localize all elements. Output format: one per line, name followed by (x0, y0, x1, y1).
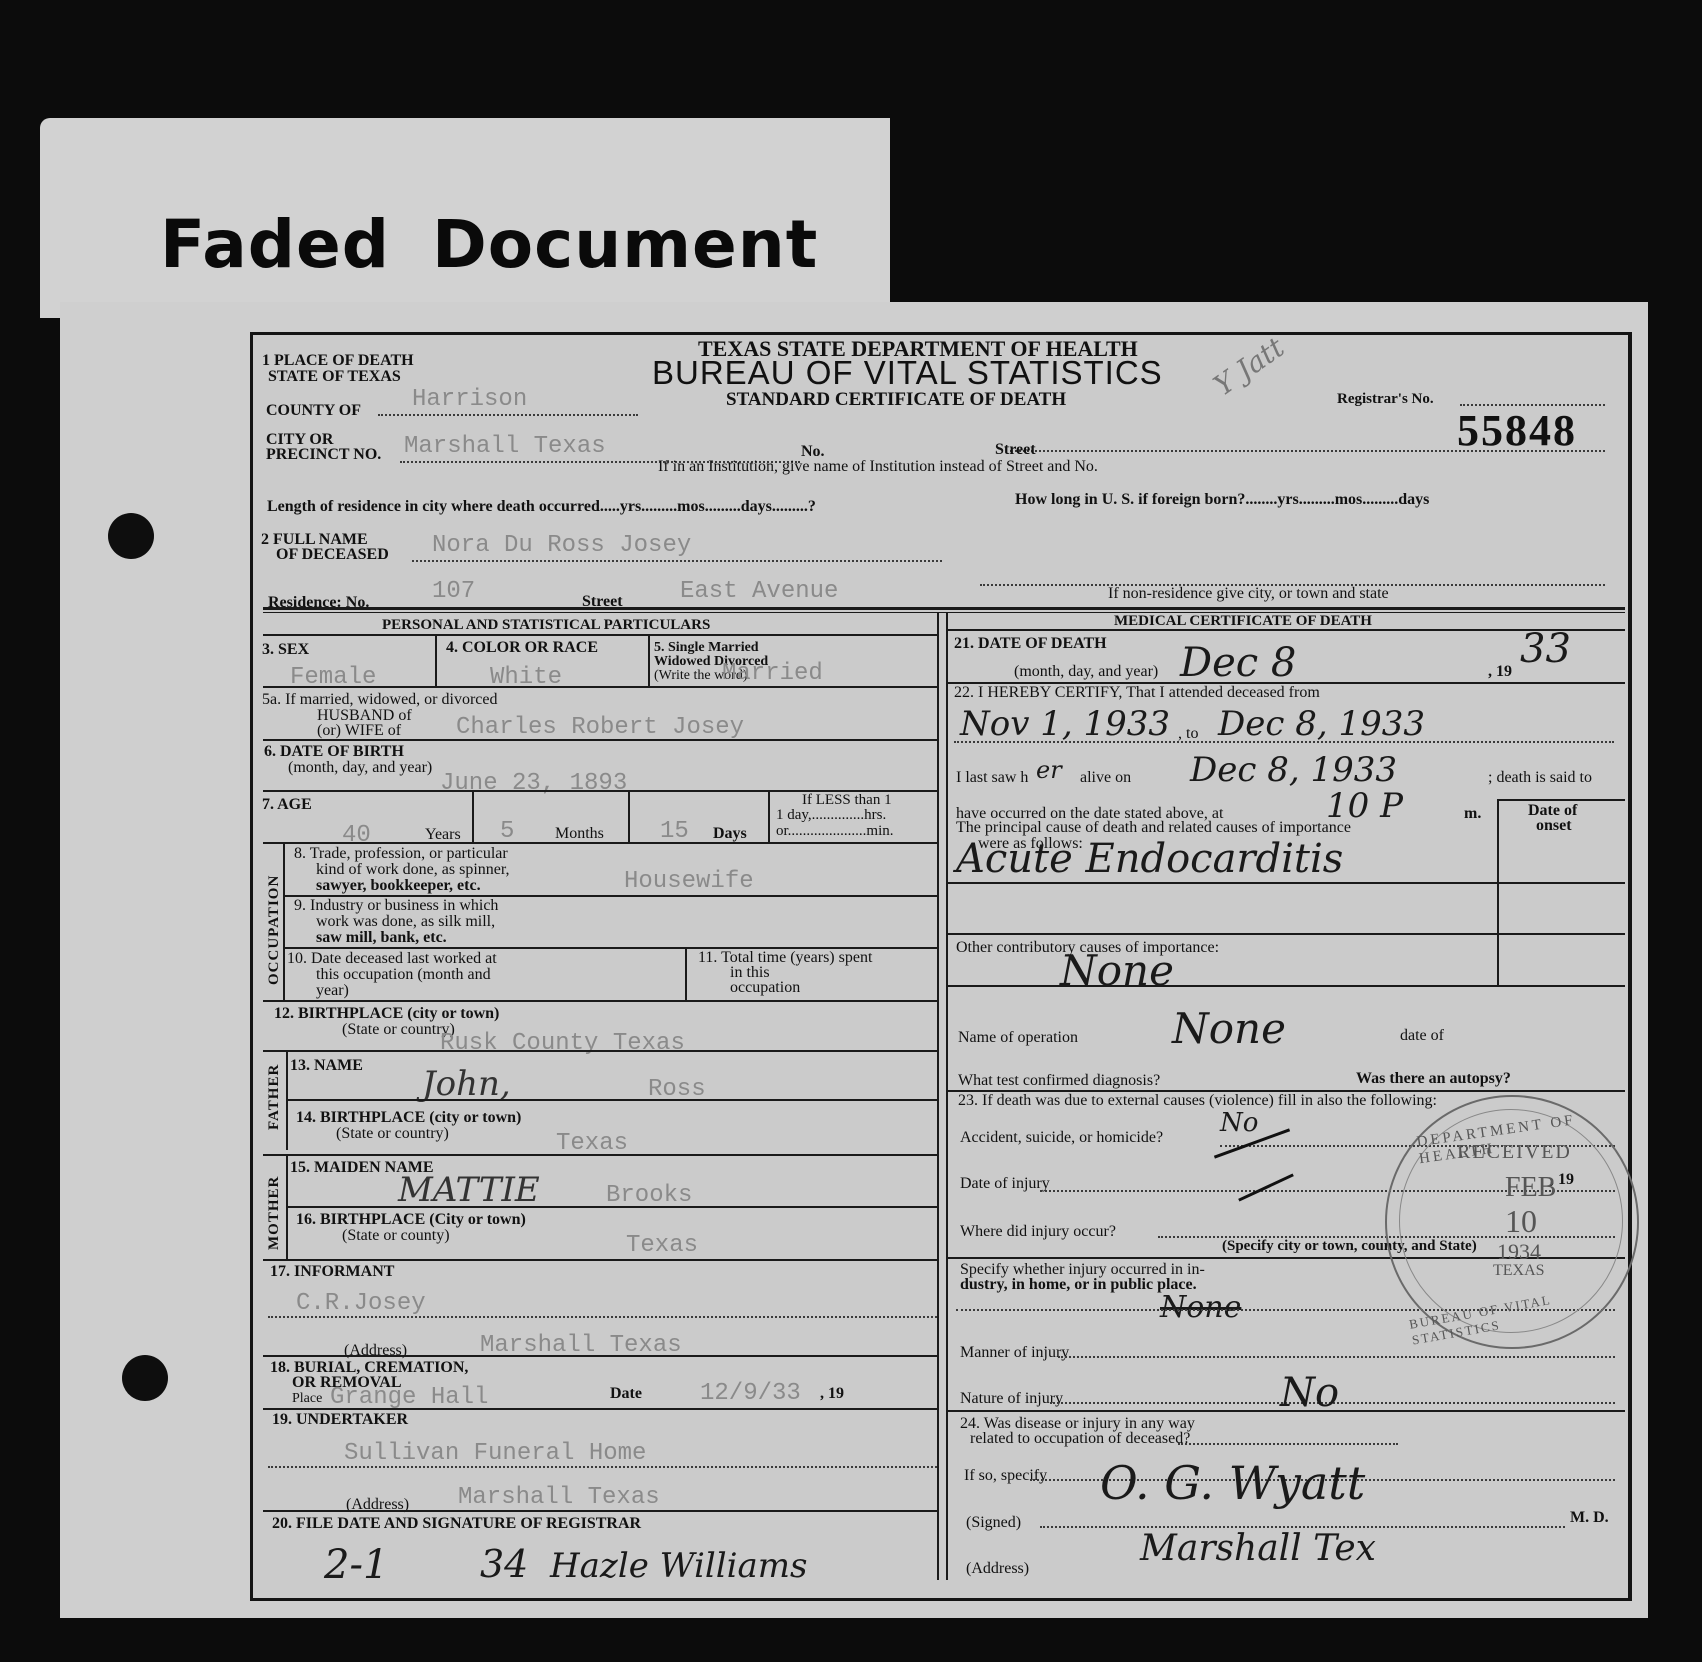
occupation-related-label-2: related to occupation of deceased? (970, 1431, 1190, 1447)
burial-place: Grange Hall (330, 1384, 488, 1411)
mother-vertical-label: MOTHER (266, 1176, 283, 1250)
stamp-day: 10 (1505, 1203, 1537, 1240)
physician-signature: O. G. Wyatt (1100, 1456, 1365, 1510)
city-value: Marshall Texas (404, 433, 606, 460)
full-name-label-2: OF DECEASED (276, 547, 389, 563)
years-label: Years (425, 827, 461, 843)
mother-birthplace-label-1: 16. BIRTHPLACE (City or town) (296, 1212, 526, 1228)
sex-label: 3. SEX (262, 642, 309, 658)
nonresidence-note: If non-residence give city, or town and … (1108, 586, 1389, 602)
last-worked-label-1: 10. Date deceased last worked at (287, 951, 497, 967)
trade-label-1: 8. Trade, profession, or particular (294, 846, 508, 862)
tag-title: Faded Document (160, 206, 818, 283)
certify-label: 22. I HEREBY CERTIFY, That I attended de… (954, 685, 1320, 701)
dod-sublabel: (month, day, and year) (1014, 664, 1158, 680)
stamp-state: TEXAS (1493, 1262, 1545, 1280)
injury-date-label: Date of injury (960, 1176, 1050, 1192)
operation-date-label: date of (1400, 1028, 1444, 1044)
age-days: 15 (660, 818, 689, 845)
alive-on-label: alive on (1080, 770, 1131, 786)
burial-year-prefix: , 19 (820, 1386, 844, 1402)
occupation-vertical-label: OCCUPATION (266, 875, 283, 985)
residence-street: East Avenue (680, 578, 838, 605)
father-birthplace: Texas (556, 1130, 628, 1157)
state-label: STATE OF TEXAS (268, 369, 401, 385)
foreign-born-label: How long in U. S. if foreign born?......… (1015, 492, 1429, 508)
physician-address: Marshall Tex (1140, 1528, 1376, 1569)
accident-label: Accident, suicide, or homicide? (960, 1130, 1163, 1146)
age-months: 5 (500, 818, 514, 845)
father-birthplace-label-1: 14. BIRTHPLACE (city or town) (296, 1110, 521, 1126)
industry-label-3: saw mill, bank, etc. (316, 930, 447, 946)
marital-status: Married (722, 660, 823, 687)
burial-place-label: Place (292, 1391, 322, 1407)
external-causes-label: 23. If death was due to external causes … (958, 1093, 1437, 1109)
institution-note: If in an Institution, give name of Insti… (658, 459, 1098, 475)
md-label: M. D. (1570, 1510, 1609, 1526)
punch-hole-icon (108, 513, 154, 559)
birthplace-value: Rusk County Texas (440, 1030, 685, 1057)
place-of-death-label: 1 PLACE OF DEATH (262, 353, 414, 369)
trade-value: Housewife (624, 868, 754, 895)
m-label: m. (1464, 806, 1481, 822)
county-label: COUNTY OF (266, 403, 361, 419)
file-year: 34 (480, 1542, 528, 1586)
registrar-number: 55848 (1457, 405, 1577, 456)
dob-value: June 23, 1893 (440, 770, 627, 797)
industry-label-2: work was done, as silk mill, (316, 914, 495, 930)
father-first-name: John, (422, 1064, 511, 1104)
total-time-label-3: occupation (730, 980, 800, 996)
less-than-label-2: 1 day,..............hrs. (776, 807, 886, 823)
trade-label-3: sawyer, bookkeeper, etc. (316, 878, 481, 894)
if-so-label: If so, specify (964, 1468, 1047, 1484)
attended-to-label: , to (1178, 726, 1198, 742)
residence-number: 107 (432, 578, 475, 605)
last-saw-pronoun: er (1036, 756, 1062, 784)
less-than-label-1: If LESS than 1 (802, 792, 892, 808)
specify-value: None (1160, 1290, 1241, 1325)
principal-cause-label: The principal cause of death and related… (956, 820, 1351, 836)
onset-label-2: onset (1536, 818, 1572, 834)
death-said-label: ; death is said to (1488, 770, 1592, 786)
signed-label: (Signed) (966, 1515, 1021, 1531)
autopsy-label: Was there an autopsy? (1356, 1071, 1511, 1087)
certificate-title: STANDARD CERTIFICATE OF DEATH (726, 389, 1066, 411)
medical-section-title: MEDICAL CERTIFICATE OF DEATH (1114, 613, 1372, 629)
dod-label: 21. DATE OF DEATH (954, 636, 1107, 652)
cause-of-death: Acute Endocarditis (956, 836, 1343, 882)
residence-length-label: Length of residence in city where death … (267, 499, 816, 515)
mother-birthplace: Texas (626, 1232, 698, 1259)
physician-address-label: (Address) (966, 1561, 1029, 1577)
father-name-label: 13. NAME (290, 1058, 363, 1074)
mother-last-name: Brooks (606, 1182, 692, 1209)
undertaker-label: 19. UNDERTAKER (272, 1412, 408, 1428)
dod-year-prefix: , 19 (1488, 664, 1512, 680)
spouse-label-3: (or) WIFE of (317, 723, 401, 739)
registrar-no-label: Registrar's No. (1337, 391, 1434, 407)
mother-birthplace-label-2: (State or county) (342, 1228, 450, 1244)
county-value: Harrison (412, 386, 527, 413)
nature-label: Nature of injury (960, 1391, 1063, 1407)
dob-label: 6. DATE OF BIRTH (264, 744, 404, 760)
test-label: What test confirmed diagnosis? (958, 1073, 1160, 1089)
registrar-signature: Hazle Williams (550, 1546, 807, 1586)
father-vertical-label: FATHER (266, 1064, 283, 1130)
punch-hole-icon (122, 1355, 168, 1401)
birthplace-label-2: (State or country) (342, 1022, 455, 1038)
father-birthplace-label-2: (State or country) (336, 1126, 449, 1142)
trade-label-2: kind of work done, as spinner, (316, 862, 510, 878)
where-injury-label: Where did injury occur? (960, 1224, 1116, 1240)
spouse-label-1: 5a. If married, widowed, or divorced (262, 692, 497, 708)
operation-value: None (1172, 1004, 1286, 1053)
dod-year: 33 (1520, 626, 1571, 672)
last-saw-label: I last saw h (956, 770, 1028, 786)
burial-date: 12/9/33 (700, 1380, 801, 1407)
attended-to: Dec 8, 1933 (1218, 704, 1425, 744)
contributory-value: None (1060, 946, 1174, 995)
age-label: 7. AGE (262, 797, 312, 813)
deceased-name: Nora Du Ross Josey (432, 532, 691, 559)
stamp-month: FEB (1505, 1172, 1556, 1204)
total-time-label-1: 11. Total time (years) spent (698, 950, 872, 966)
days-label: Days (713, 826, 747, 842)
personal-section-title: PERSONAL AND STATISTICAL PARTICULARS (382, 617, 710, 633)
informant-name: C.R.Josey (296, 1290, 426, 1317)
birthplace-label-1: 12. BIRTHPLACE (city or town) (274, 1006, 499, 1022)
burial-date-label: Date (610, 1386, 642, 1402)
dob-sublabel: (month, day, and year) (288, 760, 432, 776)
registrar-signature-label: 20. FILE DATE AND SIGNATURE OF REGISTRAR (272, 1516, 641, 1532)
attended-from: Nov 1, 1933 (960, 704, 1170, 744)
manner-label: Manner of injury (960, 1345, 1069, 1361)
bureau-title: BUREAU OF VITAL STATISTICS (652, 354, 1163, 392)
operation-label: Name of operation (958, 1030, 1078, 1046)
informant-label: 17. INFORMANT (270, 1264, 394, 1280)
faded-document-tag: Faded Document (40, 118, 890, 318)
last-worked-label-2: this occupation (month and (316, 967, 491, 983)
undertaker-name: Sullivan Funeral Home (344, 1440, 646, 1467)
spouse-name: Charles Robert Josey (456, 714, 744, 741)
street-label: Street (995, 442, 1036, 458)
received-stamp: DEPARTMENT OF HEALTH RECEIVED FEB 10 193… (1385, 1095, 1639, 1349)
undertaker-address: Marshall Texas (458, 1484, 660, 1511)
race-label: 4. COLOR OR RACE (446, 640, 598, 656)
city-label-2: PRECINCT NO. (266, 447, 381, 463)
accident-value: No (1220, 1108, 1258, 1138)
last-saw-date: Dec 8, 1933 (1190, 750, 1397, 790)
last-worked-label-3: year) (316, 983, 349, 999)
mother-first-name: MATTIE (398, 1170, 540, 1210)
file-date: 2-1 (324, 1542, 388, 1588)
dod-value: Dec 8 (1180, 640, 1296, 686)
months-label: Months (555, 826, 604, 842)
industry-label-1: 9. Industry or business in which (294, 898, 498, 914)
less-than-label-3: or.....................min. (776, 823, 894, 839)
stamp-received: RECEIVED (1457, 1141, 1572, 1164)
